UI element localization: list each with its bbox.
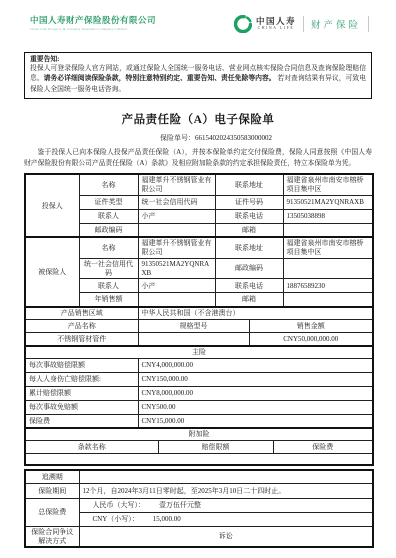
rider-col-premium: 保险费: [273, 440, 373, 453]
policy-number-label: 保险单号：: [160, 134, 195, 142]
field-label: 邮箱: [215, 223, 283, 237]
insurance-period-value: 12个月，自2024年3月11日零时起，至2025年3月10日二十四时止。: [79, 483, 373, 498]
preamble-paragraph: 鉴于投保人已向本保险人投保产品责任保险（A），并按本保险单约定交付保险费，保险人…: [24, 148, 372, 170]
product-col-name: 产品名称: [25, 320, 138, 333]
field-label: 名称: [79, 174, 138, 195]
product-table: 产品销售区域 中华人民共和国（不含港澳台） 产品名称 规格型号 销售金额 不锈钢…: [24, 306, 374, 347]
field-label: 邮政编码: [79, 223, 138, 237]
cover-item-value: CNY15,000.00: [138, 414, 373, 428]
field-value: [138, 293, 215, 307]
cover-item-value: CNY4,000,000.00: [138, 358, 373, 372]
field-label: 统一社会信用代码: [79, 258, 138, 279]
policy-document-page: 中国人寿财产保险股份有限公司 China Life Property & Cas…: [0, 0, 396, 558]
field-label: 联系电话: [215, 279, 283, 293]
field-value: [283, 223, 373, 237]
cover-item-value: CNY8,000,000.00: [138, 386, 373, 400]
cover-item-label: 保险费: [25, 414, 138, 428]
brand-name-cn: 中国人寿: [256, 17, 296, 26]
premium-figures-label: CNY（小写）：: [83, 515, 139, 523]
field-label: 证件类型: [79, 195, 138, 209]
field-label: 联系人: [79, 279, 138, 293]
policy-tables: 投保人 名称 福建革升不锈钢管业有限公司 联系地址 福建省泉州市南安市榕桥项目集…: [24, 173, 372, 466]
field-value: 小产: [138, 279, 215, 293]
premium-words-cell: 人民币（大写）：壹万伍仟元整: [79, 498, 373, 512]
rider-section-label: 附加险: [25, 428, 373, 440]
field-label: 邮箱: [215, 293, 283, 307]
retro-period-value: [79, 470, 373, 483]
brand-divider-right: [368, 16, 369, 32]
field-value: 18876589230: [283, 279, 373, 293]
cover-item-label: 每次事故赔偿限额: [25, 358, 138, 372]
product-col-spec: 规格型号: [138, 320, 249, 333]
insured-group-label: 被保险人: [25, 237, 79, 307]
field-value: 福建省泉州市南安市榕桥项目集中区: [283, 237, 373, 258]
retro-period-label: 追溯期: [25, 470, 79, 483]
field-value: [283, 258, 373, 279]
main-cover-table: 主险 每次事故赔偿限额 CNY4,000,000.00 每人人身伤亡赔偿限额: …: [24, 345, 374, 429]
premium-words-value: 壹万伍仟元整: [159, 501, 201, 509]
summary-table: 追溯期 保险期间 12个月，自2024年3月11日零时起，至2025年3月10日…: [24, 469, 374, 548]
field-label: 联系地址: [215, 237, 283, 258]
field-value: [138, 223, 215, 237]
cover-item-label: 每人人身伤亡赔偿限额:: [25, 372, 138, 386]
field-value: 91350521MA2YQNRAXB: [283, 195, 373, 209]
applicant-group-label: 投保人: [25, 174, 79, 237]
field-value: 91350521MA2YQNRAXB: [138, 258, 215, 279]
china-life-logo-icon: [234, 15, 252, 33]
company-name-cn: 中国人寿财产保险股份有限公司: [30, 14, 156, 26]
premium-figures-cell: CNY（小写）：15,000.00: [79, 512, 373, 526]
field-label: 年销售额: [79, 293, 138, 307]
notice-title: 重要告知:: [30, 55, 366, 64]
insurance-period-label: 保险期间: [25, 483, 79, 498]
sales-region-label: 产品销售区域: [25, 307, 138, 320]
cover-item-value: CNY150,000.00: [138, 372, 373, 386]
company-name-en: China Life Property & Casualty Insurance…: [30, 27, 156, 31]
field-label: 邮政编码: [215, 258, 283, 279]
field-label: 联系电话: [215, 209, 283, 223]
important-notice-box: 重要告知: 投保人可登录保险人官方网站，或通过保险人全国统一服务电话、营业网点核…: [24, 52, 372, 99]
brand-name: 中国人寿 CHINA LIFE: [256, 17, 296, 31]
premium-words-label: 人民币（大写）：: [83, 501, 146, 509]
summary-section: 追溯期 保险期间 12个月，自2024年3月11日零时起，至2025年3月10日…: [24, 469, 372, 548]
product-col-amount: 销售金额: [249, 320, 373, 333]
rider-table: 附加险 条款名称 赔偿限额 保险费: [24, 427, 374, 466]
premium-figures-value: 15,000.00: [153, 515, 181, 523]
field-label: 联系地址: [215, 174, 283, 195]
total-premium-label: 总保险费: [25, 498, 79, 526]
company-logo: 中国人寿财产保险股份有限公司 China Life Property & Cas…: [30, 14, 156, 31]
field-value: 统一社会信用代码: [138, 195, 215, 209]
policy-number-value: 6615402024350583000002: [195, 134, 272, 142]
policy-number-line: 保险单号：6615402024350583000002: [0, 133, 396, 143]
page-title: 产品责任险（A）电子保险单: [0, 111, 396, 127]
notice-body: 投保人可登录保险人官方网站，或通过保险人全国统一服务电话、营业网点核实保险合同信…: [30, 64, 366, 95]
brand-division-label: 财产保险: [311, 17, 361, 31]
field-label: 证件号码: [215, 195, 283, 209]
field-value: 福建革升不锈钢管业有限公司: [138, 237, 215, 258]
rider-col-limit: 赔偿限额: [158, 440, 273, 453]
cover-item-label: 累计赔偿限额: [25, 386, 138, 400]
rider-empty-row: [25, 453, 373, 465]
dispute-resolution-value: 诉讼: [79, 526, 373, 547]
notice-text-bold: 请务必详细阅读保险条款，特别注意特别约定、重要告知、责任免除等内容。: [44, 75, 276, 82]
brand-divider: [303, 16, 304, 32]
field-value: 福建省泉州市南安市榕桥项目集中区: [283, 174, 373, 195]
document-header: 中国人寿财产保险股份有限公司 China Life Property & Cas…: [0, 0, 396, 33]
field-label: 联系人: [79, 209, 138, 223]
field-label: 名称: [79, 237, 138, 258]
field-value: 福建革升不锈钢管业有限公司: [138, 174, 215, 195]
rider-col-clause: 条款名称: [25, 440, 158, 453]
sales-region-value: 中华人民共和国（不含港澳台）: [138, 307, 373, 320]
brand-lockup: 中国人寿 CHINA LIFE 财产保险: [234, 15, 372, 33]
party-table: 投保人 名称 福建革升不锈钢管业有限公司 联系地址 福建省泉州市南安市榕桥项目集…: [24, 173, 374, 308]
cover-item-label: 每次事故免赔额: [25, 400, 138, 414]
field-value: 小产: [138, 209, 215, 223]
brand-name-en: CHINA LIFE: [258, 27, 295, 31]
cover-item-value: CNY500.00: [138, 400, 373, 414]
dispute-resolution-label: 保险合同争议解决方式: [25, 526, 79, 547]
main-cover-section-label: 主险: [25, 346, 373, 358]
field-value: [283, 293, 373, 307]
field-value: 13505038898: [283, 209, 373, 223]
